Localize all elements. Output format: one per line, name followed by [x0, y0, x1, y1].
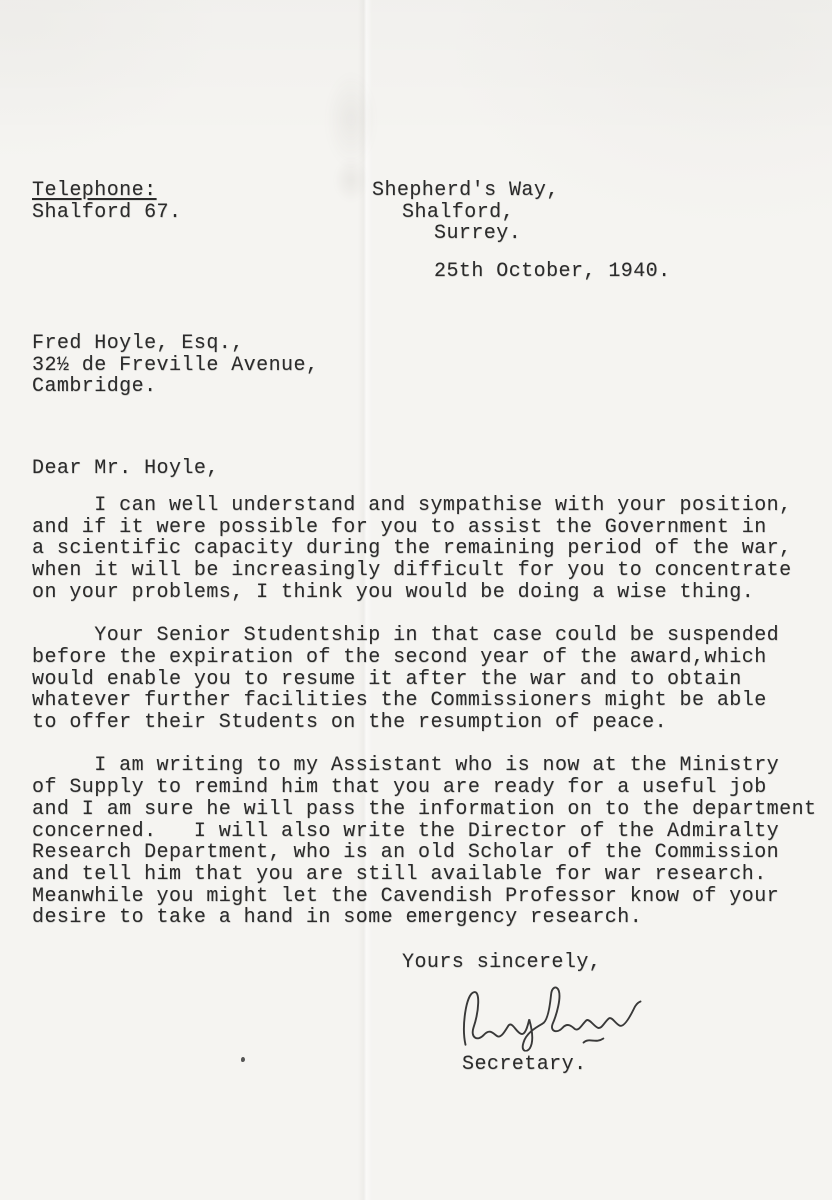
telephone-label: Telephone: [32, 180, 181, 202]
scan-smudge-small [328, 150, 374, 210]
letter-date: 25th October, 1940. [434, 261, 671, 283]
valediction: Yours sincerely, [402, 952, 601, 974]
recipient-street: 32½ de Freville Avenue, [32, 355, 318, 377]
letter-body: I can well understand and sympathise wit… [32, 495, 832, 929]
paragraph-1: I can well understand and sympathise wit… [32, 495, 832, 604]
sender-address-line: Surrey. [372, 223, 559, 245]
paragraph-2: Your Senior Studentship in that case cou… [32, 625, 832, 734]
sender-address: Shepherd's Way, Shalford, Surrey. [372, 180, 559, 245]
letter-page: Telephone: Shalford 67. Shepherd's Way, … [0, 0, 832, 1200]
telephone-block: Telephone: Shalford 67. [32, 180, 181, 223]
salutation: Dear Mr. Hoyle, [32, 458, 219, 480]
sender-address-line: Shepherd's Way, [372, 180, 559, 202]
signoff-role: Secretary. [462, 1054, 587, 1076]
signature [448, 973, 661, 1056]
recipient-name: Fred Hoyle, Esq., [32, 333, 318, 355]
telephone-number: Shalford 67. [32, 202, 181, 224]
ink-spot [241, 1057, 245, 1062]
recipient-address: Fred Hoyle, Esq., 32½ de Freville Avenue… [32, 333, 318, 398]
scan-smudge [316, 55, 386, 185]
recipient-city: Cambridge. [32, 376, 318, 398]
sender-address-line: Shalford, [372, 202, 559, 224]
paragraph-3: I am writing to my Assistant who is now … [32, 755, 832, 929]
